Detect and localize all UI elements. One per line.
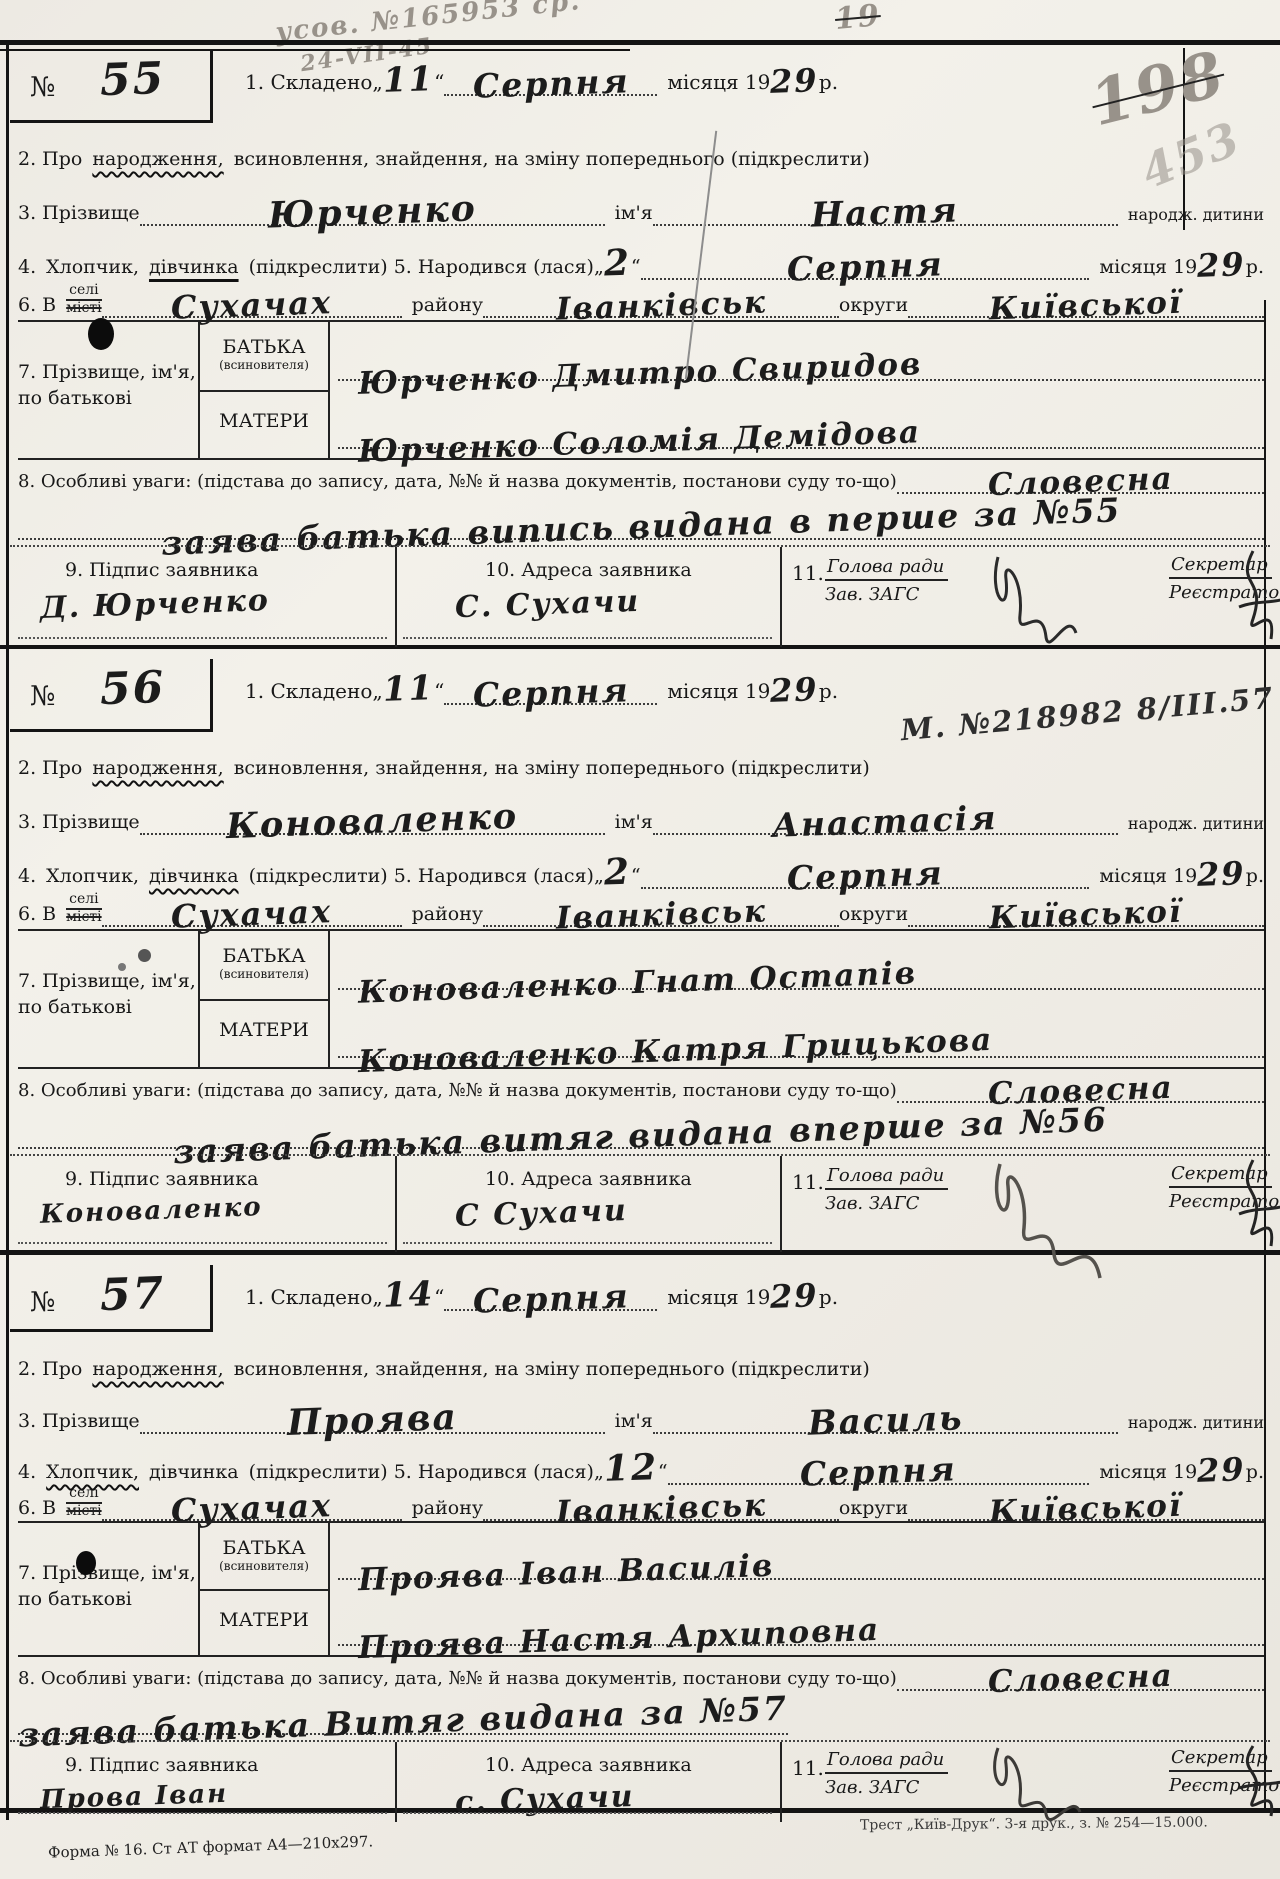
- archival-pencil-number: 19: [834, 0, 883, 37]
- remarks-text: заява батька Витяг видана за №57: [18, 1698, 788, 1745]
- okruha-label: округи: [839, 294, 908, 318]
- line8: 8. Особливі уваги: (підстава до запису, …: [18, 1067, 1264, 1103]
- seli-word: селі: [66, 892, 102, 909]
- line2-rest: всиновлення, знайдення, на зміну поперед…: [234, 148, 870, 172]
- open-quote: „: [372, 1285, 382, 1311]
- record-number-value: 57: [99, 1268, 166, 1321]
- parents-col: БАТЬКА (всиновителя) МАТЕРИ: [198, 931, 330, 1067]
- mother-cell: МАТЕРИ: [200, 999, 328, 1067]
- record-number-label: №: [30, 1287, 56, 1318]
- month-19-label: місяця 19: [667, 1285, 770, 1311]
- line3: 3. Прізвище Коноваленко ім'я Анастасія н…: [18, 789, 1264, 835]
- applicant-address-cell: 10. Адреса заявника С. Сухачи: [395, 547, 782, 647]
- year-r-label: р.: [819, 1285, 838, 1311]
- applicant-address-label: 10. Адреса заявника: [485, 559, 780, 581]
- applicant-signature-label: 9. Підпис заявника: [65, 1168, 395, 1190]
- document-scan: усов. №165953 ср. 24-VII-45 19 198 453 №…: [0, 0, 1280, 1879]
- mother-cell: МАТЕРИ: [200, 390, 328, 458]
- record-number-label: №: [30, 681, 56, 712]
- composed-day: 11: [382, 59, 435, 101]
- close-quote: “: [434, 1285, 444, 1311]
- composed-day: 11: [382, 668, 435, 710]
- composed-line: 1. Складено „ 11 “ Серпня місяця 19 29 р…: [245, 669, 1264, 705]
- record-number-label: №: [30, 72, 56, 103]
- composed-month: Серпня: [472, 680, 629, 705]
- child-label: народж. дитини: [1128, 814, 1264, 835]
- misti-word: місті: [66, 301, 102, 316]
- close-quote: “: [434, 70, 444, 96]
- composed-label: 1. Складено: [245, 1285, 372, 1311]
- village-value: Сухачах: [171, 293, 333, 318]
- line2-birth-word: народження,: [92, 757, 223, 781]
- ink-blot: [118, 963, 126, 971]
- rayon-line: Іванківськ: [483, 906, 839, 927]
- father-sublabel: (всиновителя): [200, 358, 328, 372]
- open-quote: „: [372, 679, 382, 705]
- surname-line: Проява: [140, 1410, 605, 1434]
- mother-name: Проява Настя Архиповна: [358, 1630, 880, 1648]
- okruha-label: округи: [839, 1497, 908, 1521]
- seli-misti-fraction: селі місті: [66, 1486, 102, 1521]
- surname-label: 3. Прізвище: [18, 202, 140, 226]
- okruha-value: Київської: [989, 293, 1183, 318]
- item11-number: 11.: [792, 1170, 824, 1194]
- record-57: № 57 1. Складено „ 14 “ Серпня місяця 19…: [0, 1255, 1280, 1820]
- name-line: Настя: [653, 203, 1118, 226]
- father-line: Проява Іван Василів: [338, 1573, 1264, 1580]
- secretary-signature-cell: Секретар Реєстратор: [1155, 1156, 1270, 1252]
- write-line: [403, 637, 772, 639]
- remarks-label: 8. Особливі уваги: (підстава до запису, …: [18, 471, 897, 494]
- parents-label-line2: по батькові: [18, 996, 132, 1018]
- okruha-label: округи: [839, 903, 908, 927]
- applicant-address: С. Сухачи: [454, 584, 640, 625]
- surname-value: Юрченко: [267, 198, 476, 227]
- head-label-2: Зав. ЗАГС: [825, 1190, 948, 1215]
- line3: 3. Прізвище Проява ім'я Василь народж. д…: [18, 1388, 1264, 1434]
- line8b: заява батька Витяг видана за №57: [18, 1689, 1264, 1735]
- seli-word: селі: [66, 1486, 102, 1503]
- line6: 6. В селі місті Сухачах району Іванківсь…: [18, 885, 1264, 927]
- item11-number: 11.: [792, 561, 824, 585]
- name-line: Анастасія: [653, 812, 1118, 835]
- mother-label: МАТЕРИ: [200, 1019, 328, 1041]
- secretary-signature-cell: Секретар Реєстратор: [1155, 547, 1270, 647]
- rayon-value: Іванківськ: [555, 1496, 766, 1522]
- father-name: Юрченко Дмитро Свиридов: [358, 364, 922, 384]
- child-label: народж. дитини: [1128, 205, 1264, 226]
- head-signature-scribble: [980, 549, 1110, 645]
- l6-v: 6. В: [18, 1497, 56, 1521]
- applicant-address-cell: 10. Адреса заявника с. Сухачи: [395, 1742, 782, 1822]
- mother-name: Юрченко Соломія Демідова: [358, 432, 921, 452]
- write-line: [18, 1812, 387, 1814]
- rayon-value: Іванківськ: [555, 902, 766, 928]
- signature-row: 9. Підпис заявника Прова Іван 10. Адреса…: [10, 1740, 1270, 1822]
- remarks-line: заява батька Витяг видана за №57: [18, 1712, 788, 1735]
- composed-line: 1. Складено „ 11 “ Серпня місяця 19 29 р…: [245, 60, 1264, 96]
- write-line: [403, 1242, 772, 1244]
- remarks-line: заява батька витяг видана вперше за №56: [18, 1126, 1264, 1149]
- applicant-signature: Прова Іван: [40, 1779, 229, 1816]
- father-cell: БАТЬКА (всиновителя): [200, 931, 328, 1001]
- applicant-signature-cell: 9. Підпис заявника Прова Іван: [10, 1742, 397, 1822]
- line4: 4. Хлопчик, дівчинка (підкреслити) 5. На…: [18, 236, 1264, 280]
- head-label-1: Голова ради: [825, 1164, 948, 1190]
- parents-label: 7. Прізвище, ім'я, по батькові: [18, 360, 196, 411]
- parents-label-line1: 7. Прізвище, ім'я,: [18, 1562, 196, 1584]
- head-signature-cell: 11. Голова ради Зав. ЗАГС: [780, 1742, 1155, 1822]
- line3: 3. Прізвище Юрченко ім'я Настя народж. д…: [18, 180, 1264, 226]
- child-label: народж. дитини: [1128, 1413, 1264, 1434]
- composed-day: 14: [382, 1274, 435, 1316]
- okruha-value: Київської: [989, 902, 1183, 927]
- father-line: Юрченко Дмитро Свиридов: [338, 374, 1264, 381]
- village-value: Сухачах: [171, 1496, 333, 1521]
- applicant-signature-cell: 9. Підпис заявника Д. Юрченко: [10, 547, 397, 647]
- item11-number: 11.: [792, 1756, 824, 1780]
- line2-birth-word: народження,: [92, 1358, 223, 1382]
- write-line: [18, 1242, 387, 1244]
- parents-col: БАТЬКА (всиновителя) МАТЕРИ: [198, 322, 330, 458]
- composed-month: Серпня: [472, 1286, 629, 1311]
- surname-line: Коноваленко: [140, 811, 605, 835]
- applicant-address: С Сухачи: [454, 1193, 628, 1234]
- line2-birth-word: народження,: [92, 148, 223, 172]
- record-number-box: № 57: [10, 1265, 213, 1332]
- applicant-address-label: 10. Адреса заявника: [485, 1754, 780, 1776]
- remarks-line: заява батька випись видана в перше за №5…: [18, 517, 1264, 540]
- head-signature-scribble: [980, 1742, 1120, 1822]
- applicant-signature-label: 9. Підпис заявника: [65, 1754, 395, 1776]
- parents-label-line1: 7. Прізвище, ім'я,: [18, 361, 196, 383]
- line6: 6. В селі місті Сухачах району Іванківсь…: [18, 276, 1264, 318]
- name-value: Анастасія: [772, 808, 998, 836]
- composed-month-line: Серпня: [444, 74, 657, 96]
- applicant-signature: Коноваленко: [40, 1192, 264, 1230]
- head-signature-cell: 11. Голова ради Зав. ЗАГС: [780, 547, 1155, 647]
- line2: 2. Про народження, всиновлення, знайденн…: [18, 1358, 1264, 1382]
- surname-value: Коноваленко: [226, 806, 519, 837]
- head-signature-cell: 11. Голова ради Зав. ЗАГС: [780, 1156, 1155, 1252]
- father-cell: БАТЬКА (всиновителя): [200, 322, 328, 392]
- remarks-word-line: Словесна: [897, 1670, 1264, 1691]
- line8: 8. Особливі уваги: (підстава до запису, …: [18, 458, 1264, 494]
- surname-value: Проява: [286, 1407, 457, 1435]
- parents-block: 7. Прізвище, ім'я, по батькові БАТЬКА (в…: [18, 1521, 1264, 1657]
- signature-row: 9. Підпис заявника Д. Юрченко 10. Адреса…: [10, 545, 1270, 647]
- father-name: Проява Іван Василів: [358, 1566, 774, 1581]
- remarks-word: Словесна: [987, 1666, 1173, 1691]
- remarks-label: 8. Особливі уваги: (підстава до запису, …: [18, 1668, 897, 1691]
- record-number-box: № 55: [10, 50, 213, 123]
- record-56: М. №218982 8/ІІІ.57 № 56 1. Складено „ 1…: [0, 649, 1280, 1250]
- record-number-box: № 56: [10, 659, 213, 732]
- surname-line: Юрченко: [140, 202, 605, 226]
- remarks-label: 8. Особливі уваги: (підстава до запису, …: [18, 1080, 897, 1103]
- year-r-label: р.: [819, 679, 838, 705]
- composed-month-line: Серпня: [444, 1289, 657, 1311]
- l6-v: 6. В: [18, 294, 56, 318]
- parents-label-line2: по батькові: [18, 387, 132, 409]
- name-label: ім'я: [615, 202, 653, 226]
- line4: 4. Хлопчик, дівчинка (підкреслити) 5. На…: [18, 845, 1264, 889]
- registrar-signature-scribble: [1233, 1156, 1280, 1252]
- line2-rest: всиновлення, знайдення, на зміну поперед…: [234, 1358, 870, 1382]
- okruha-line: Київської: [908, 906, 1264, 927]
- record-number-value: 55: [99, 53, 166, 106]
- name-label: ім'я: [615, 811, 653, 835]
- name-value: Василь: [807, 1408, 963, 1434]
- parents-block: 7. Прізвище, ім'я, по батькові БАТЬКА (в…: [18, 929, 1264, 1069]
- father-cell: БАТЬКА (всиновителя): [200, 1523, 328, 1591]
- month-19-label: місяця 19: [667, 70, 770, 96]
- record-55: № 55 1. Складено „ 11 “ Серпня місяця 19…: [0, 40, 1280, 645]
- line2: 2. Про народження, всиновлення, знайденн…: [18, 757, 1264, 781]
- name-label: ім'я: [615, 1410, 653, 1434]
- father-label: БАТЬКА: [200, 336, 328, 358]
- ink-blot: [76, 1551, 96, 1575]
- seli-misti-fraction: селі місті: [66, 283, 102, 318]
- rayon-line: Іванківськ: [483, 297, 839, 318]
- misti-word: місті: [66, 910, 102, 925]
- printer-imprint: Трест „Київ-Друк“. 3-я друк., з. № 254—1…: [860, 1814, 1208, 1833]
- line2-rest: всиновлення, знайдення, на зміну поперед…: [234, 757, 870, 781]
- head-label-1: Голова ради: [825, 1748, 948, 1774]
- registrar-signature-scribble: [1233, 1742, 1280, 1820]
- village-line: Сухачах: [102, 296, 402, 318]
- write-line: [403, 1812, 772, 1814]
- parents-block: 7. Прізвище, ім'я, по батькові БАТЬКА (в…: [18, 320, 1264, 460]
- record-number-value: 56: [99, 662, 166, 715]
- mother-label: МАТЕРИ: [200, 1609, 328, 1631]
- line2-pre: 2. Про: [18, 1358, 82, 1382]
- head-label-2: Зав. ЗАГС: [825, 1774, 948, 1799]
- applicant-signature-cell: 9. Підпис заявника Коноваленко: [10, 1156, 397, 1252]
- registrar-signature-scribble: [1233, 547, 1280, 645]
- father-sublabel: (всиновителя): [200, 1559, 328, 1573]
- mother-line: Юрченко Соломія Демідова: [338, 442, 1264, 449]
- okruha-line: Київської: [908, 1500, 1264, 1521]
- rayon-label: району: [412, 1497, 483, 1521]
- seli-misti-fraction: селі місті: [66, 892, 102, 927]
- composed-year: 29: [770, 1276, 820, 1316]
- applicant-address-label: 10. Адреса заявника: [485, 1168, 780, 1190]
- parents-label: 7. Прізвище, ім'я, по батькові: [18, 969, 196, 1020]
- misti-word: місті: [66, 1504, 102, 1519]
- name-value: Настя: [811, 200, 960, 226]
- year-r-label: р.: [819, 70, 838, 96]
- okruha-line: Київської: [908, 297, 1264, 318]
- ink-blot: [138, 949, 151, 962]
- line2: 2. Про народження, всиновлення, знайденн…: [18, 148, 1264, 172]
- father-line: Коноваленко Гнат Остапів: [338, 983, 1264, 990]
- open-quote: „: [372, 70, 382, 96]
- name-line: Василь: [653, 1411, 1118, 1434]
- okruha-value: Київської: [989, 1496, 1183, 1521]
- applicant-signature: Д. Юрченко: [39, 583, 270, 626]
- parents-label-line1: 7. Прізвище, ім'я,: [18, 970, 196, 992]
- head-label-1: Голова ради: [825, 555, 948, 581]
- father-sublabel: (всиновителя): [200, 967, 328, 981]
- mother-line: Коноваленко Катря Грицькова: [338, 1051, 1264, 1058]
- line8: 8. Особливі уваги: (підстава до запису, …: [18, 1655, 1264, 1691]
- rayon-line: Іванківськ: [483, 1500, 839, 1521]
- composed-line: 1. Складено „ 14 “ Серпня місяця 19 29 р…: [245, 1275, 1264, 1311]
- line6: 6. В селі місті Сухачах району Іванківсь…: [18, 1479, 1264, 1521]
- mother-line: Проява Настя Архиповна: [338, 1639, 1264, 1646]
- month-19-label: місяця 19: [667, 679, 770, 705]
- father-label: БАТЬКА: [200, 945, 328, 967]
- composed-year: 29: [770, 670, 820, 710]
- write-line: [18, 637, 387, 639]
- close-quote: “: [434, 679, 444, 705]
- village-line: Сухачах: [102, 905, 402, 927]
- line8b: заява батька витяг видана вперше за №56: [18, 1101, 1264, 1149]
- composed-label: 1. Складено: [245, 679, 372, 705]
- parents-label: 7. Прізвище, ім'я, по батькові: [18, 1561, 196, 1612]
- line2-pre: 2. Про: [18, 757, 82, 781]
- rayon-label: району: [412, 294, 483, 318]
- signature-row: 9. Підпис заявника Коноваленко 10. Адрес…: [10, 1154, 1270, 1252]
- composed-label: 1. Складено: [245, 70, 372, 96]
- l6-v: 6. В: [18, 903, 56, 927]
- applicant-address-cell: 10. Адреса заявника С Сухачи: [395, 1156, 782, 1252]
- line8b: заява батька випись видана в перше за №5…: [18, 492, 1264, 540]
- secretary-signature-cell: Секретар Реєстратор: [1155, 1742, 1270, 1822]
- rayon-label: району: [412, 903, 483, 927]
- father-label: БАТЬКА: [200, 1537, 328, 1559]
- seli-word: селі: [66, 283, 102, 300]
- composed-year: 29: [770, 61, 820, 101]
- head-label-2: Зав. ЗАГС: [825, 581, 948, 606]
- rayon-value: Іванківськ: [555, 293, 766, 319]
- father-name: Коноваленко Гнат Остапів: [358, 973, 917, 993]
- surname-label: 3. Прізвище: [18, 811, 140, 835]
- mother-label: МАТЕРИ: [200, 410, 328, 432]
- mother-name: Коноваленко Катря Грицькова: [358, 1040, 993, 1062]
- mother-cell: МАТЕРИ: [200, 1589, 328, 1655]
- form-reference: Форма № 16. Ст АТ формат А4—210х297.: [48, 1832, 374, 1861]
- parents-label-line2: по батькові: [18, 1588, 132, 1610]
- applicant-signature-label: 9. Підпис заявника: [65, 559, 395, 581]
- line2-pre: 2. Про: [18, 148, 82, 172]
- surname-label: 3. Прізвище: [18, 1410, 140, 1434]
- parents-col: БАТЬКА (всиновителя) МАТЕРИ: [198, 1523, 330, 1655]
- village-line: Сухачах: [102, 1499, 402, 1521]
- village-value: Сухачах: [171, 902, 333, 927]
- ink-blot: [88, 318, 114, 350]
- composed-month-line: Серпня: [444, 683, 657, 705]
- composed-month: Серпня: [472, 71, 629, 96]
